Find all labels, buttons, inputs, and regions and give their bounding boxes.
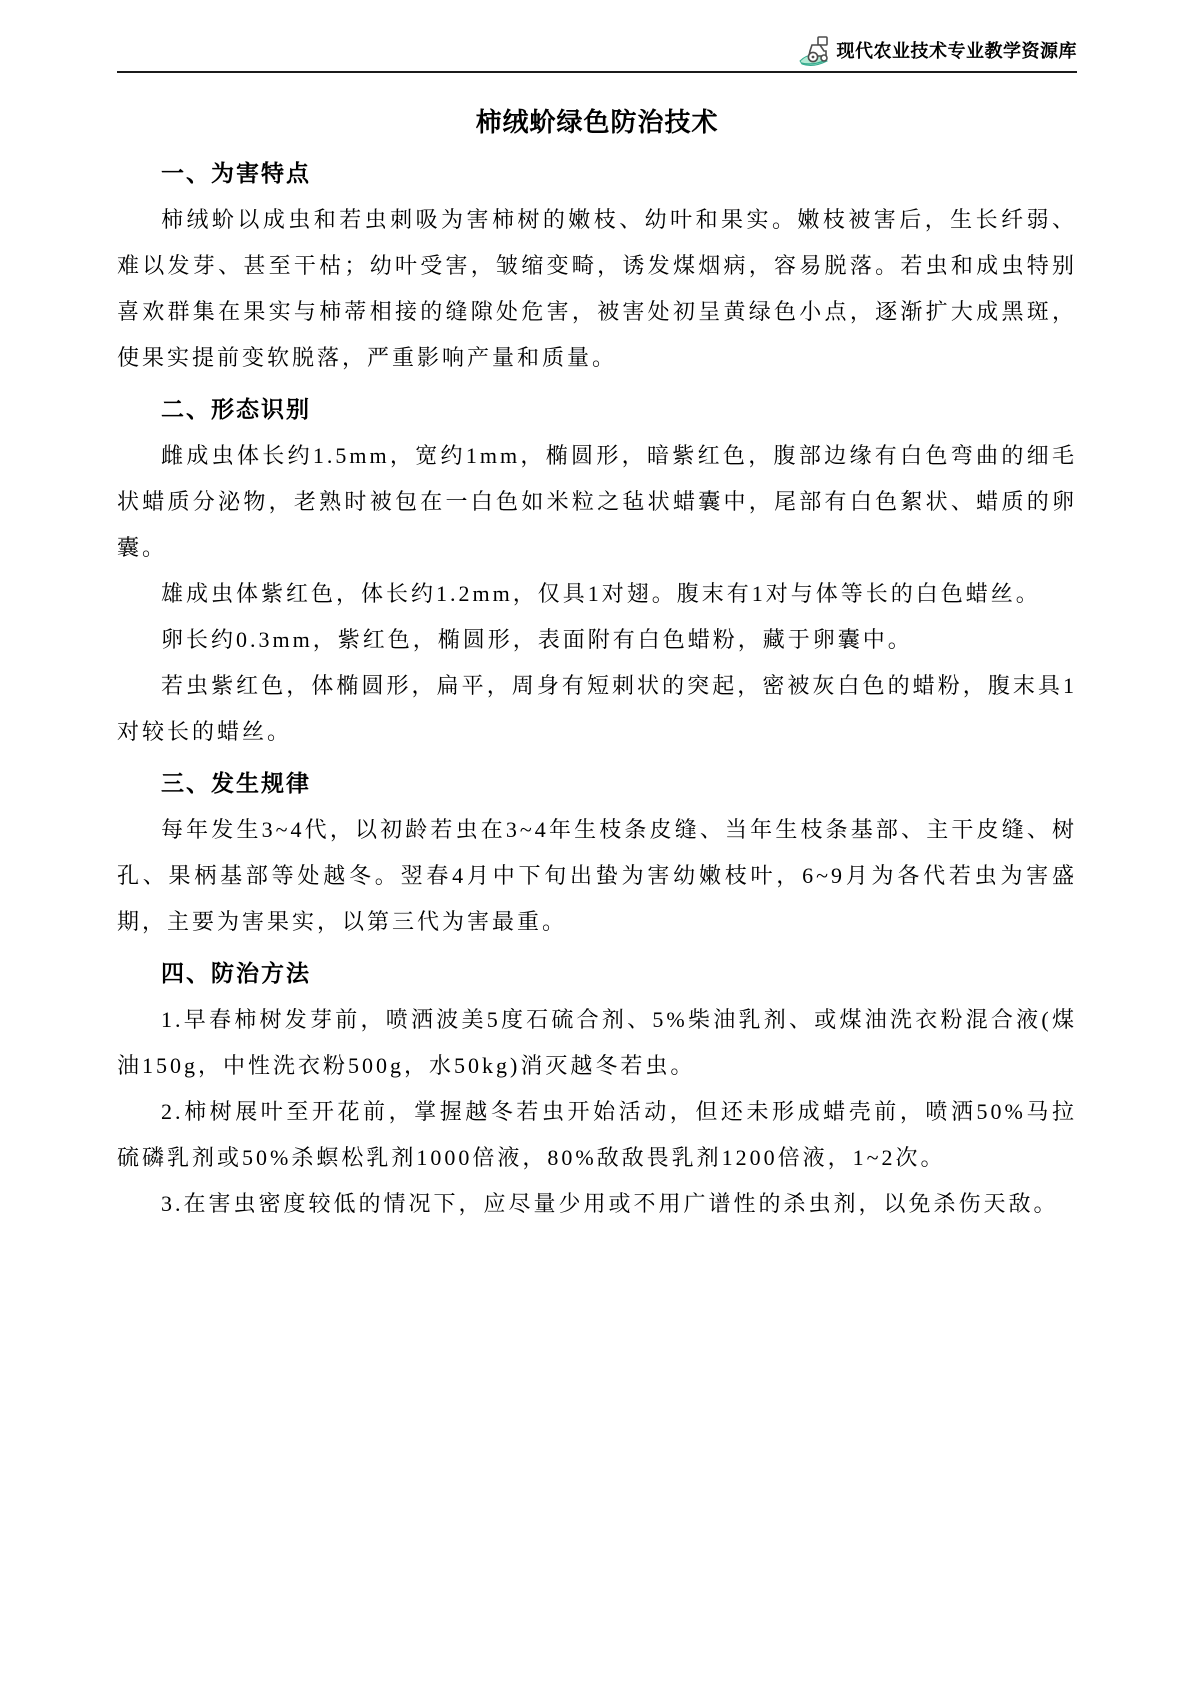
paragraph: 2.柿树展叶至开花前，掌握越冬若虫开始活动，但还未形成蜡壳前，喷洒50%马拉硫磷… <box>117 1089 1077 1181</box>
paragraph: 柿绒蚧以成虫和若虫刺吸为害柿树的嫩枝、幼叶和果实。嫩枝被害后，生长纤弱、难以发芽… <box>117 197 1077 381</box>
section-heading-damage: 一、为害特点 <box>117 151 1077 197</box>
page-title: 柿绒蚧绿色防治技术 <box>117 105 1077 141</box>
paragraph: 雄成虫体紫红色，体长约1.2mm，仅具1对翅。腹末有1对与体等长的白色蜡丝。 <box>117 571 1077 617</box>
paragraph: 1.早春柿树发芽前，喷洒波美5度石硫合剂、5%柴油乳剂、或煤油洗衣粉混合液(煤油… <box>117 997 1077 1089</box>
document-page: 现代农业技术专业教学资源库 柿绒蚧绿色防治技术 一、为害特点 柿绒蚧以成虫和若虫… <box>0 0 1191 1684</box>
section-heading-control: 四、防治方法 <box>117 951 1077 997</box>
brand-text: 现代农业技术专业教学资源库 <box>837 38 1078 64</box>
document-body: 一、为害特点 柿绒蚧以成虫和若虫刺吸为害柿树的嫩枝、幼叶和果实。嫩枝被害后，生长… <box>117 151 1077 1227</box>
paragraph: 若虫紫红色，体椭圆形，扁平，周身有短刺状的突起，密被灰白色的蜡粉，腹末具1对较长… <box>117 663 1077 755</box>
page-header: 现代农业技术专业教学资源库 <box>117 0 1077 73</box>
paragraph: 每年发生3~4代，以初龄若虫在3~4年生枝条皮缝、当年生枝条基部、主干皮缝、树孔… <box>117 807 1077 945</box>
section-heading-morphology: 二、形态识别 <box>117 387 1077 433</box>
section-heading-occurrence: 三、发生规律 <box>117 761 1077 807</box>
paragraph: 雌成虫体长约1.5mm，宽约1mm，椭圆形，暗紫红色，腹部边缘有白色弯曲的细毛状… <box>117 433 1077 571</box>
tractor-logo-icon <box>799 32 835 68</box>
paragraph: 3.在害虫密度较低的情况下，应尽量少用或不用广谱性的杀虫剂，以免杀伤天敌。 <box>117 1181 1077 1227</box>
paragraph: 卵长约0.3mm，紫红色，椭圆形，表面附有白色蜡粉，藏于卵囊中。 <box>117 617 1077 663</box>
